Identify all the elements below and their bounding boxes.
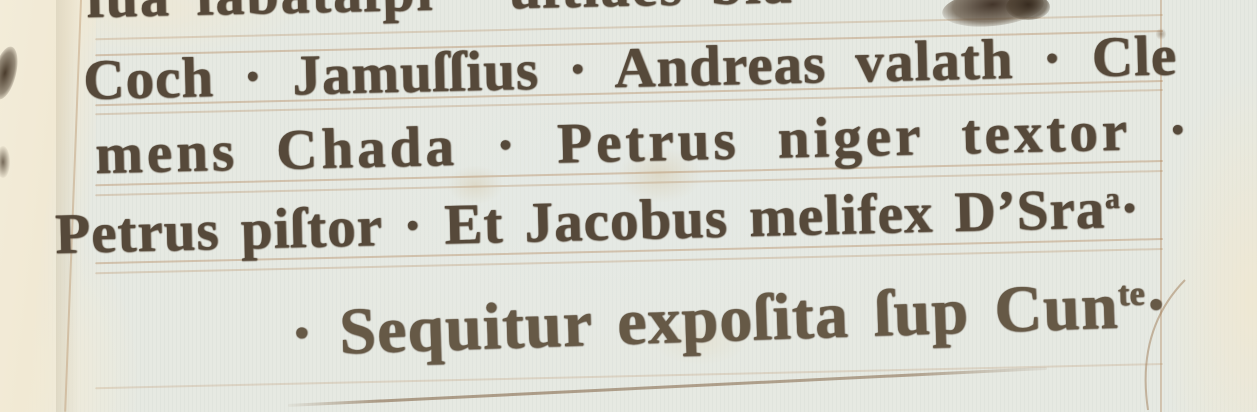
text-line-4-punct: · bbox=[1119, 177, 1141, 240]
heading-underline-flourish bbox=[288, 367, 1047, 407]
manuscript-photo: ſua ſabataſpi · uſtiaes bla Coch · Jamuſ… bbox=[0, 0, 1257, 412]
right-margin-pen-stroke bbox=[1100, 268, 1257, 412]
text-line-4-superscript: a bbox=[1104, 183, 1120, 215]
heading-line-text: · Sequitur expoſita ſup Cun bbox=[290, 270, 1120, 370]
text-line-2-text: Coch · Jamuſſius · Andreas valath · Cle bbox=[83, 24, 1178, 112]
ruled-line bbox=[95, 363, 1163, 389]
heading-line: · Sequitur expoſita ſup Cunte· bbox=[289, 267, 1169, 372]
